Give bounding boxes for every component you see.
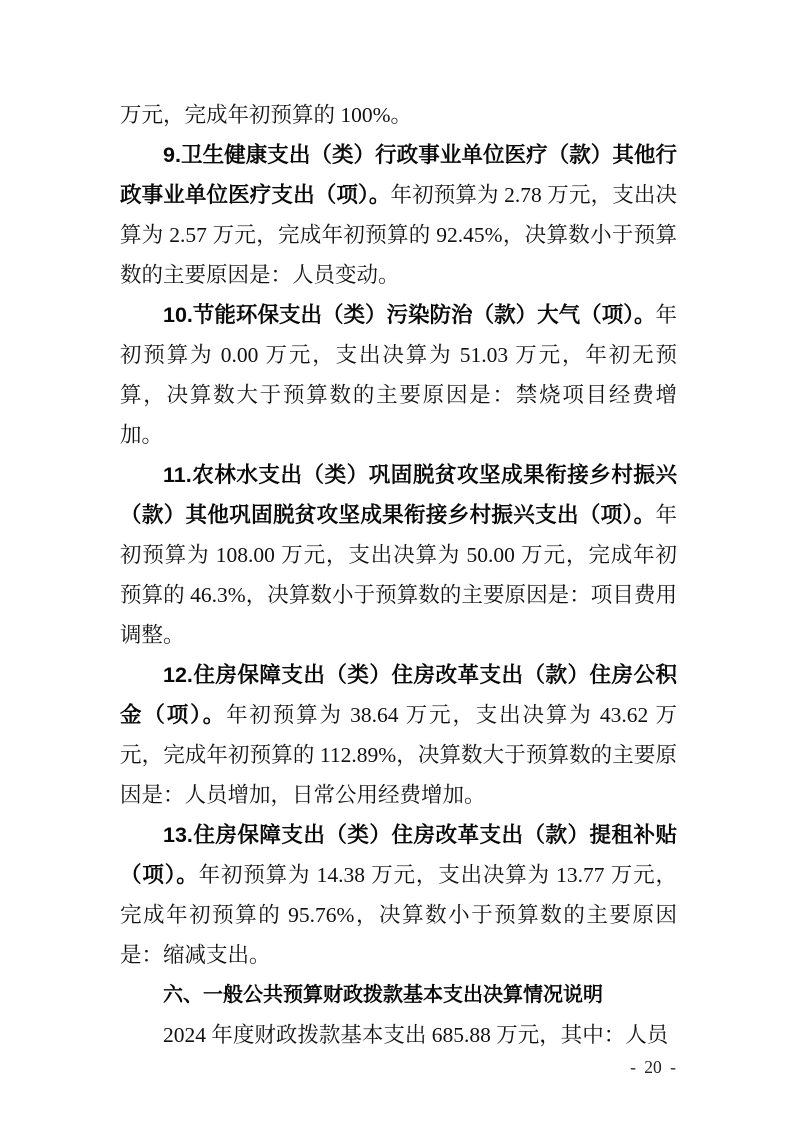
document-page: 万元，完成年初预算的 100%。 9.卫生健康支出（类）行政事业单位医疗（款）其… bbox=[0, 0, 793, 1122]
paragraph-continuation: 万元，完成年初预算的 100%。 bbox=[120, 95, 677, 135]
paragraph-lead: 11.农林水支出（类）巩固脱贫攻坚成果衔接乡村振兴（款）其他巩固脱贫攻坚成果衔接… bbox=[120, 463, 677, 527]
page-number: - 20 - bbox=[630, 1057, 676, 1077]
section-heading-text: 六、一般公共预算财政拨款基本支出决算情况说明 bbox=[163, 984, 603, 1006]
paragraph-closing: 2024 年度财政拨款基本支出 685.88 万元，其中：人员 bbox=[120, 1015, 677, 1055]
paragraph-item-13: 13.住房保障支出（类）住房改革支出（款）提租补贴（项）。年初预算为 14.38… bbox=[120, 815, 677, 975]
paragraph-item-12: 12.住房保障支出（类）住房改革支出（款）住房公积金（项）。年初预算为 38.6… bbox=[120, 655, 677, 815]
document-content: 万元，完成年初预算的 100%。 9.卫生健康支出（类）行政事业单位医疗（款）其… bbox=[120, 95, 677, 1055]
paragraph-item-11: 11.农林水支出（类）巩固脱贫攻坚成果衔接乡村振兴（款）其他巩固脱贫攻坚成果衔接… bbox=[120, 455, 677, 655]
paragraph-lead: 10.节能环保支出（类）污染防治（款）大气（项）。 bbox=[163, 303, 655, 327]
section-heading: 六、一般公共预算财政拨款基本支出决算情况说明 bbox=[120, 975, 677, 1015]
paragraph-item-9: 9.卫生健康支出（类）行政事业单位医疗（款）其他行政事业单位医疗支出（项）。年初… bbox=[120, 135, 677, 295]
paragraph-text: 年初预算为 14.38 万元，支出决算为 13.77 万元，完成年初预算的 95… bbox=[120, 863, 677, 967]
paragraph-text: 2024 年度财政拨款基本支出 685.88 万元，其中：人员 bbox=[163, 1023, 668, 1047]
paragraph-item-10: 10.节能环保支出（类）污染防治（款）大气（项）。年初预算为 0.00 万元，支… bbox=[120, 295, 677, 455]
paragraph-text: 万元，完成年初预算的 100%。 bbox=[120, 103, 412, 127]
